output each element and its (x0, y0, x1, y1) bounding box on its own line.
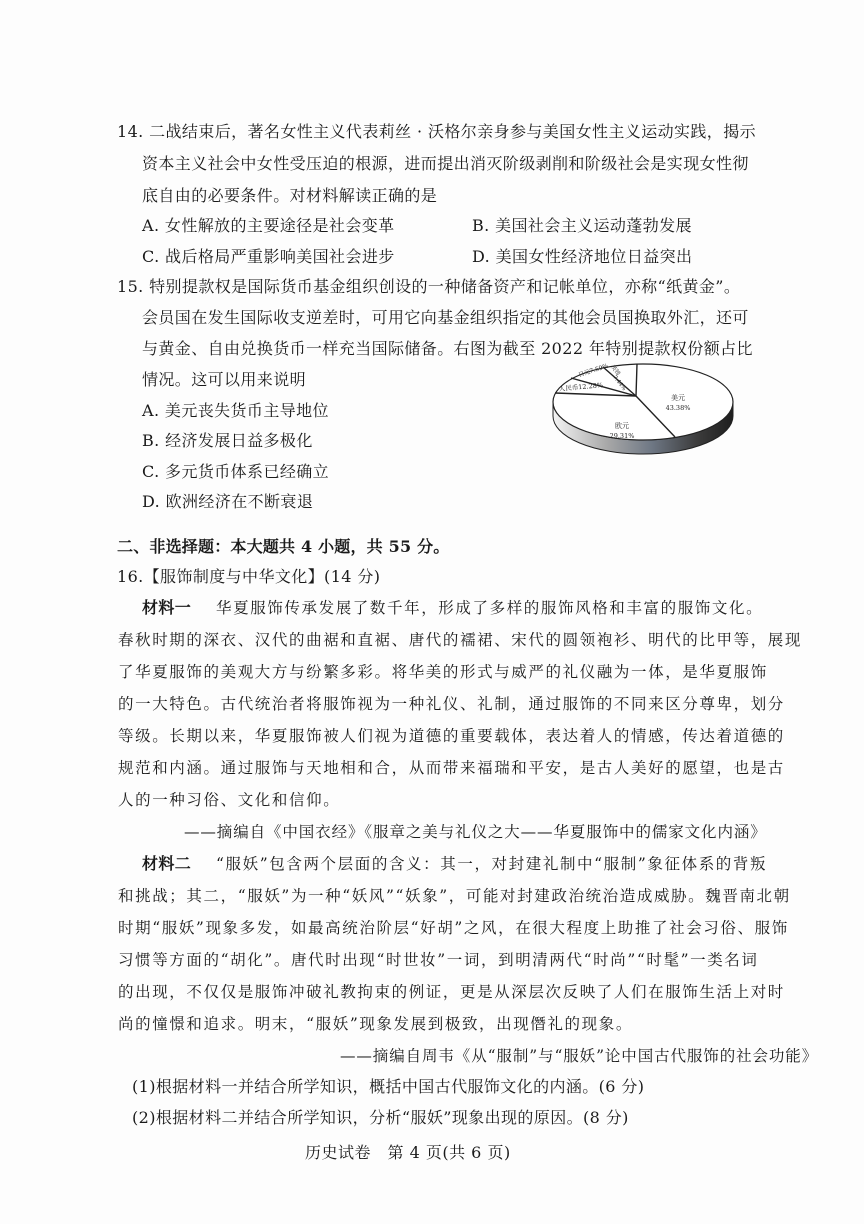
material-2-line-4: 习惯等方面的“胡化”。唐代时出现“时世妆”一词，到明清两代“时尚”“时髦”一类名… (118, 950, 759, 970)
q16-sub-question-2: (2)根据材料二并结合所学知识，分析“服妖”现象出现的原因。(8 分) (132, 1108, 629, 1128)
q15-option-a: A. 美元丧失货币主导地位 (142, 401, 329, 421)
q14-option-a: A. 女性解放的主要途径是社会变革 (142, 216, 395, 236)
material-2-line-1: “服妖”包含两个层面的含义：其一，对封建礼制中“服制”象征体系的背叛 (216, 854, 767, 874)
q15-stem-line-4: 情况。这可以用来说明 (142, 370, 306, 390)
material-2-source: ——摘编自周韦《从“服制”与“服妖”论中国古代服饰的社会功能》 (340, 1046, 818, 1066)
q16-sub-question-1: (1)根据材料一并结合所学知识，概括中国古代服饰文化的内涵。(6 分) (132, 1077, 644, 1097)
material-2-line-2: 和挑战；其二，“服妖”为一种“妖风”“妖象”，可能对封建政治统治造成威胁。魏晋南… (118, 886, 791, 906)
material-1-line-4: 的一大特色。古代统治者将服饰视为一种礼仪、礼制，通过服饰的不同来区分尊卑，划分 (118, 694, 785, 714)
material-1-source: ——摘编自《中国衣经》《服章之美与礼仪之大——华夏服饰中的儒家文化内涵》 (184, 822, 767, 842)
material-2-line-6: 尚的憧憬和追求。明末，“服妖”现象发展到极致，出现僭礼的现象。 (118, 1014, 633, 1034)
q14-stem-line-1: 14. 二战结束后，著名女性主义代表莉丝 · 沃格尔亲身参与美国女性主义运动实践… (117, 122, 756, 142)
q15-option-c: C. 多元货币体系已经确立 (142, 462, 329, 482)
sdr-share-pie-chart: 美元 43.38% 欧元 29.31% 人民币12.28% 日元7.59% 英镑… (545, 360, 745, 470)
q16-title: 16.【服饰制度与中华文化】(14 分) (117, 567, 380, 587)
label-eur-value: 29.31% (610, 432, 635, 440)
label-eur-name: 欧元 (615, 421, 629, 430)
q14-stem-line-2: 资本主义社会中女性受压迫的根源，进而提出消灭阶级剥削和阶级社会是实现女性彻 (142, 154, 749, 174)
material-1-line-3: 了华夏服饰的美观大方与纷繁多彩。将华美的形式与威严的礼仪融为一体，是华夏服饰 (118, 662, 768, 682)
exam-page: 14. 二战结束后，著名女性主义代表莉丝 · 沃格尔亲身参与美国女性主义运动实践… (0, 0, 864, 1224)
material-1-line-5: 等级。长期以来，华夏服饰被人们视为道德的重要载体，表达着人的情感，传达着道德的 (118, 726, 785, 746)
q15-stem-line-1: 15. 特别提款权是国际货币基金组织创设的一种储备资产和记帐单位，亦称“纸黄金”… (117, 277, 740, 297)
q14-option-d: D. 美国女性经济地位日益突出 (472, 247, 692, 267)
q15-option-b: B. 经济发展日益多极化 (142, 431, 313, 451)
q14-option-b: B. 美国社会主义运动蓬勃发展 (472, 216, 692, 236)
material-2-label: 材料二 (142, 854, 191, 874)
material-2-line-3: 时期“服妖”现象多发，如最高统治阶层“好胡”之风，在很大程度上助推了社会习俗、服… (118, 918, 789, 938)
page-footer: 历史试卷 第 4 页(共 6 页) (305, 1143, 511, 1163)
material-1-line-7: 人的一种习俗、文化和信仰。 (118, 790, 340, 810)
label-usd-name: 美元 (671, 393, 685, 402)
material-1-line-1: 华夏服饰传承发展了数千年，形成了多样的服饰风格和丰富的服饰文化。 (216, 598, 763, 618)
q15-stem-line-2: 会员国在发生国际收支逆差时，可用它向基金组织指定的其他会员国换取外汇，还可 (142, 308, 749, 328)
q14-stem-line-3: 底自由的必要条件。对材料解读正确的是 (142, 186, 437, 206)
q15-stem-line-3: 与黄金、自由兑换货币一样充当国际储备。右图为截至 2022 年特别提款权份额占比 (142, 339, 753, 359)
material-1-line-6: 规范和内涵。通过服饰与天地相和合，从而带来福瑞和平安，是古人美好的愿望，也是古 (118, 758, 785, 778)
material-2-line-5: 的出现，不仅仅是服饰冲破礼教拘束的例证，更是从深层次反映了人们在服饰生活上对时 (118, 982, 785, 1002)
label-usd-value: 43.38% (666, 404, 691, 412)
q15-option-d: D. 欧洲经济在不断衰退 (142, 492, 313, 512)
material-1-line-2: 春秋时期的深衣、汉代的曲裾和直裾、唐代的襦裙、宋代的圆领袍衫、明代的比甲等，展现 (118, 630, 802, 650)
q14-option-c: C. 战后格局严重影响美国社会进步 (142, 247, 395, 267)
material-1-label: 材料一 (142, 598, 191, 618)
section-2-heading: 二、非选择题：本大题共 4 小题，共 55 分。 (117, 537, 449, 557)
